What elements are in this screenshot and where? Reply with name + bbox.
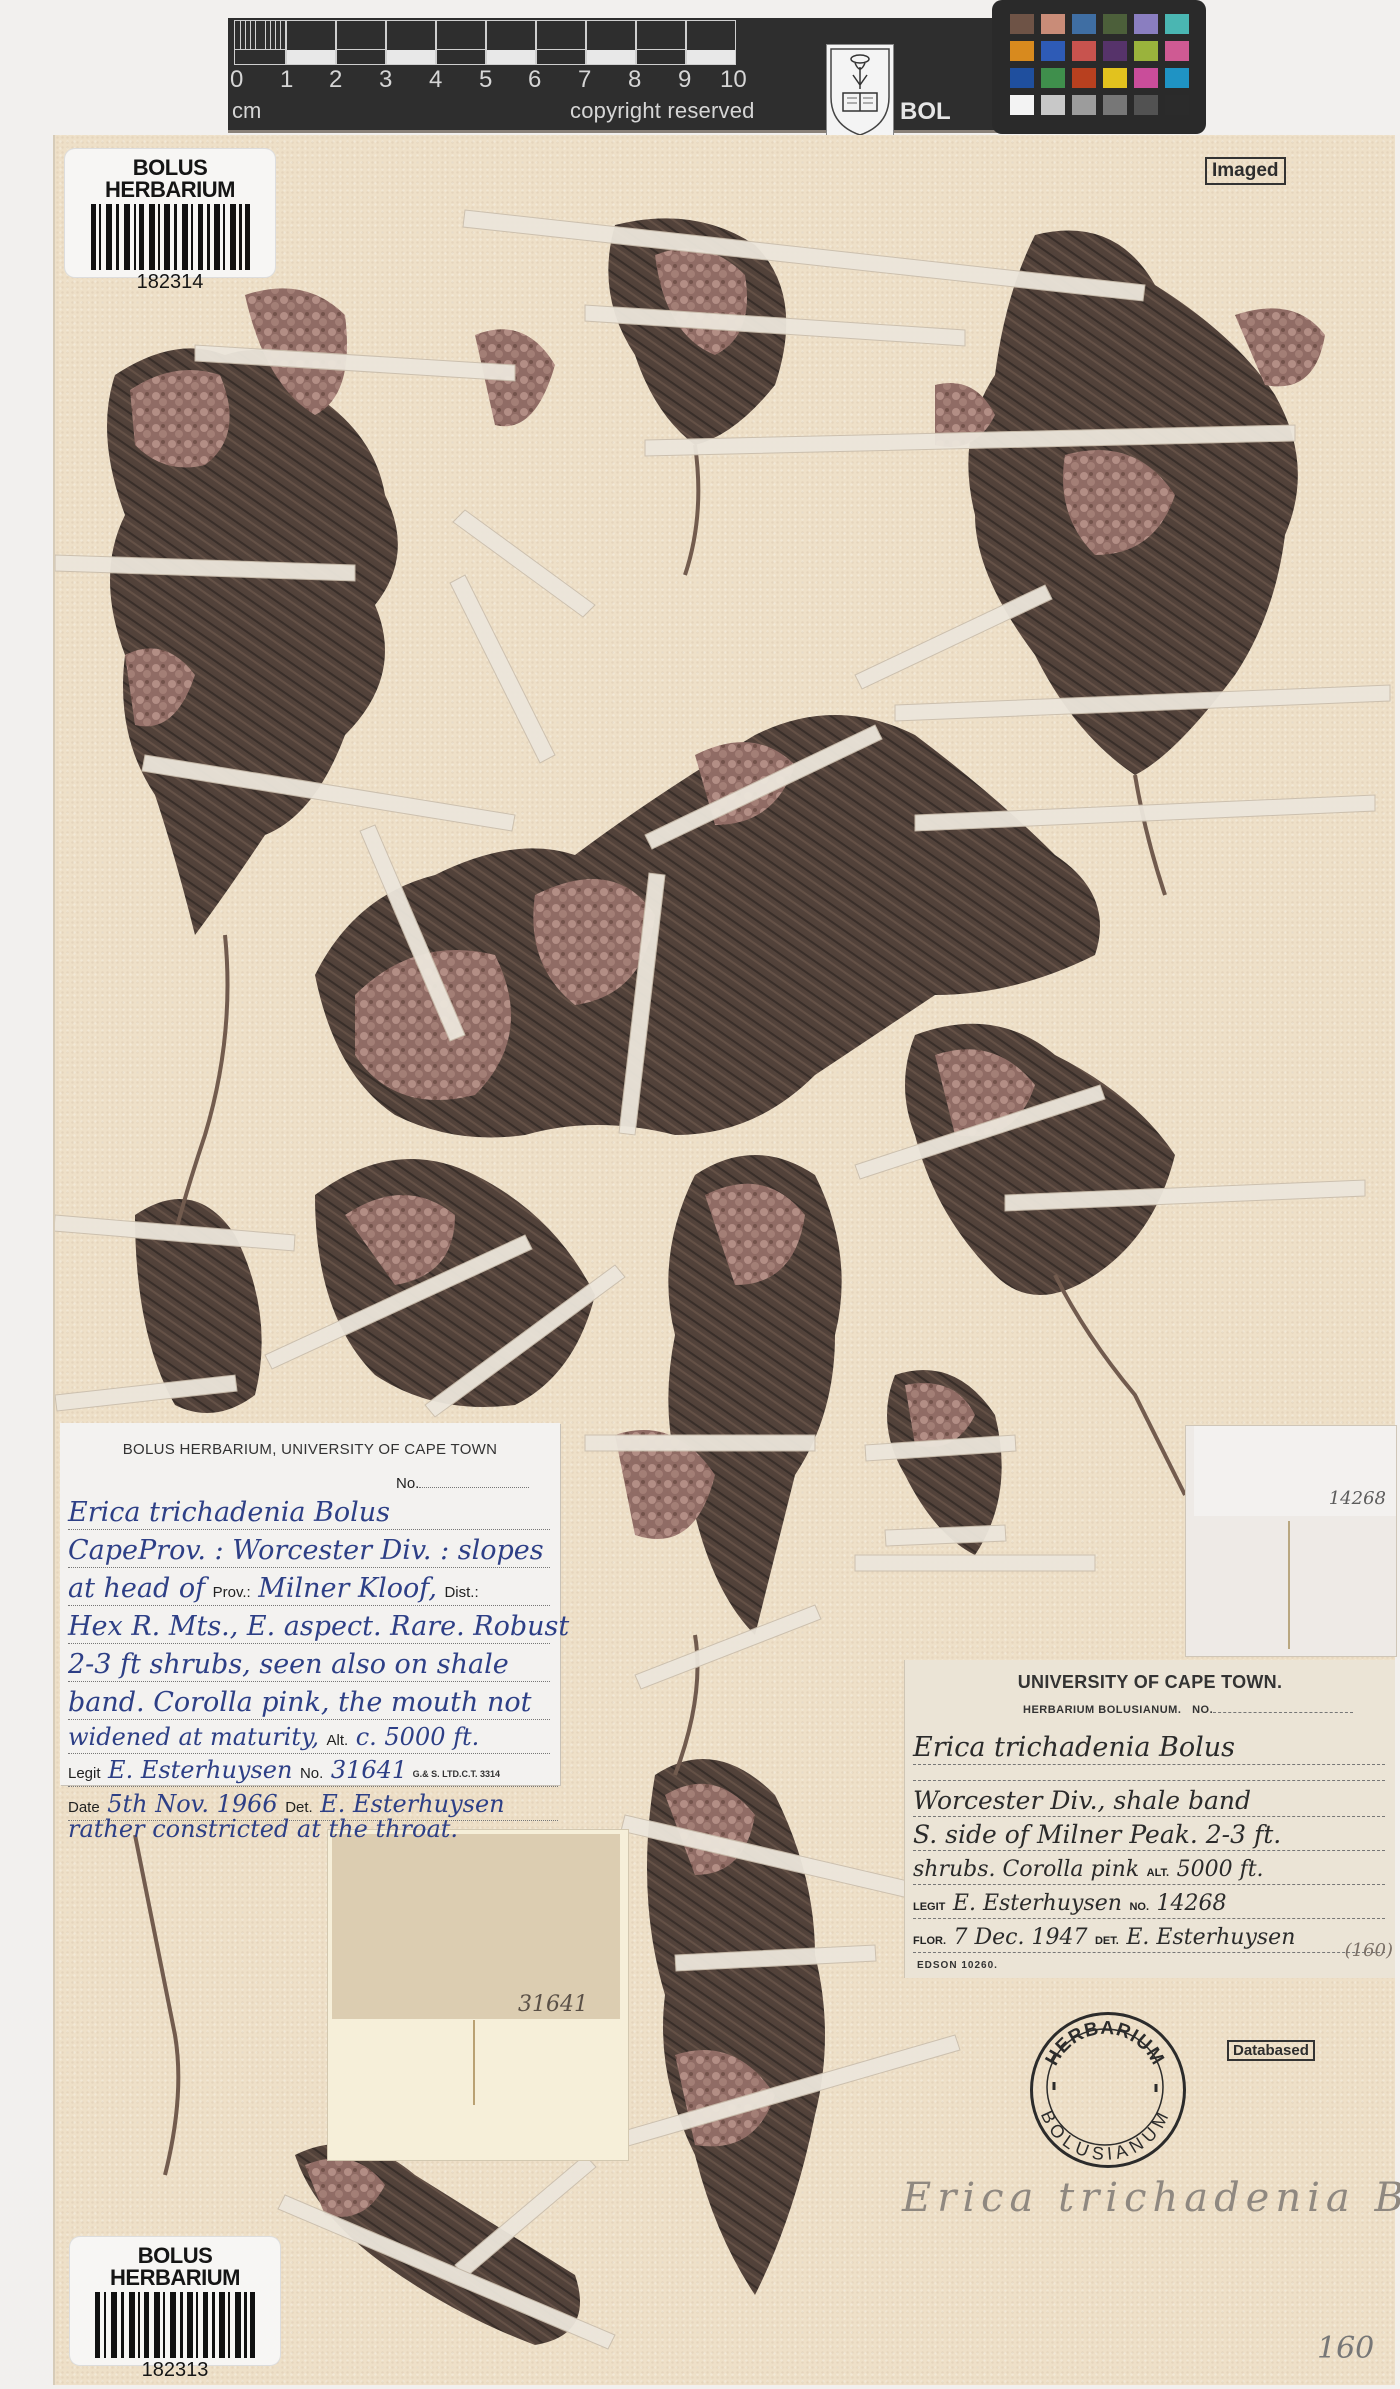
label-header: UNIVERSITY OF CAPE TOWN. (905, 1672, 1395, 1693)
collector-name: E. Esterhuysen (953, 1891, 1122, 1916)
color-patch (1165, 68, 1189, 88)
dist-caption: Dist.: (444, 1584, 478, 1601)
herbarium-bolusianum-stamp: HERBARIUM BOLUSIANUM (1030, 2012, 1186, 2168)
sheet-number: 160 (1317, 2331, 1374, 2366)
herbarium-sheet: BOLUS HERBARIUM 182314 Imaged 14268 BOLU… (55, 135, 1395, 2385)
color-patch (1103, 41, 1127, 61)
color-patch (1072, 68, 1096, 88)
label-header: BOLUS HERBARIUM, UNIVERSITY OF CAPE TOWN (60, 1441, 560, 1458)
determiner-name: E. Esterhuysen (1126, 1925, 1295, 1950)
color-patch (1103, 95, 1127, 115)
scale-tick-1: 1 (280, 66, 293, 94)
label-subheader-text: HERBARIUM BOLUSIANUM. (1023, 1704, 1181, 1716)
legit-caption: LEGIT (913, 1901, 945, 1913)
institution-code: BOL (900, 98, 951, 126)
alt-caption: Alt. (327, 1732, 349, 1749)
packet-seam (1288, 1521, 1290, 1649)
locality-text: S. side of Milner Peak. 2-3 ft. (913, 1820, 1281, 1849)
det-caption: DET. (1095, 1935, 1119, 1947)
barcode-label-bottom: BOLUS HERBARIUM 182313 (70, 2237, 280, 2365)
scale-tick-2: 2 (329, 66, 342, 94)
barcode-number: 182313 (70, 2359, 280, 2382)
barcode-label-title: BOLUS HERBARIUM (70, 2245, 280, 2289)
color-checker-grid (1010, 14, 1189, 115)
label-line-legit: Legit E. Esterhuysen No. 31641 (68, 1752, 558, 1787)
label-line-locality-2: at head of Prov.: Milner Kloof, Dist.: (68, 1567, 550, 1606)
collector-number: 31641 (331, 1756, 407, 1784)
collector-number-caption: No. (300, 1765, 323, 1782)
label-line-altitude: shrubs. Corolla pink ALT. 5000 ft. (913, 1850, 1385, 1885)
flor-caption: FLOR. (913, 1935, 946, 1947)
altitude-value: 5000 ft. (1177, 1857, 1264, 1882)
color-patch (1165, 14, 1189, 34)
copyright-notice: copyright reserved (570, 98, 755, 124)
scale-tick-9: 9 (678, 66, 691, 94)
plant-specimen-image (55, 135, 1395, 2385)
scale-ruler (234, 20, 734, 65)
databased-stamp: Databased (1227, 2040, 1315, 2061)
collector-number-caption: NO. (1129, 1901, 1149, 1913)
habitat-text: Hex R. Mts., E. aspect. Rare. Robust (68, 1611, 569, 1642)
scale-bar: 0 1 2 3 4 5 6 7 8 9 10 cm copyright rese… (228, 18, 1018, 133)
scale-unit: cm (232, 98, 261, 124)
barcode-label-title: BOLUS HERBARIUM (65, 157, 275, 201)
collector-number: 14268 (1157, 1891, 1227, 1916)
color-patch (1134, 95, 1158, 115)
color-patch (1041, 14, 1065, 34)
label-line-note: rather constricted at the throat. (68, 1814, 558, 1844)
label-line-habitat-1: Hex R. Mts., E. aspect. Rare. Robust (68, 1605, 550, 1644)
color-patch (1165, 41, 1189, 61)
color-patch (1134, 14, 1158, 34)
habitat-text: shrubs. Corolla pink (913, 1857, 1139, 1882)
color-patch (1010, 68, 1034, 88)
locality-text: Milner Kloof, (258, 1573, 437, 1604)
alt-caption: ALT. (1147, 1867, 1169, 1879)
locality-text: at head of (68, 1573, 205, 1604)
label-number-field: No. (396, 1475, 529, 1492)
scale-tick-0: 0 (230, 66, 243, 94)
scale-tick-7: 7 (578, 66, 591, 94)
label-line-date: FLOR. 7 Dec. 1947 DET. E. Esterhuysen (913, 1918, 1385, 1953)
fragment-packet-right: 14268 (1185, 1425, 1397, 1657)
habitat-text: band. Corolla pink, the mouth not (68, 1687, 531, 1718)
packet-number: 14268 (1329, 1488, 1386, 1509)
packet-seam (473, 2020, 475, 2105)
scale-tick-5: 5 (479, 66, 492, 94)
habitat-text: rather constricted at the throat. (68, 1815, 458, 1843)
label-reference-number: (160) (1345, 1940, 1393, 1961)
imaged-stamp: Imaged (1205, 157, 1286, 185)
label-line-legit: LEGIT E. Esterhuysen NO. 14268 (913, 1884, 1385, 1919)
collection-date: 7 Dec. 1947 (954, 1925, 1088, 1950)
color-patch (1134, 68, 1158, 88)
svg-text:HERBARIUM: HERBARIUM (1042, 2018, 1169, 2070)
color-patch (1010, 95, 1034, 115)
barcode-label-top: BOLUS HERBARIUM 182314 (65, 149, 275, 277)
collection-label-1966: BOLUS HERBARIUM, UNIVERSITY OF CAPE TOWN… (60, 1423, 560, 1785)
scale-tick-4: 4 (429, 66, 442, 94)
color-patch (1103, 68, 1127, 88)
color-patch (1041, 41, 1065, 61)
color-checker-card (992, 0, 1206, 134)
university-crest-icon (826, 44, 894, 138)
locality-text: Worcester Div., shale band (913, 1786, 1251, 1815)
label-number-caption: No. (396, 1475, 419, 1492)
svg-text:BOLUSIANUM: BOLUSIANUM (1037, 2107, 1173, 2162)
stamp-top-text: HERBARIUM (1042, 2018, 1169, 2070)
barcode-icon (80, 204, 260, 270)
label-subheader: HERBARIUM BOLUSIANUM. NO. (1023, 1704, 1353, 1716)
label-line-habitat-3: band. Corolla pink, the mouth not (68, 1681, 550, 1720)
color-patch (1010, 41, 1034, 61)
label-line-habitat-2: 2-3 ft shrubs, seen also on shale (68, 1643, 550, 1682)
scale-tick-3: 3 (379, 66, 392, 94)
label-number-caption: NO. (1192, 1704, 1213, 1716)
stamp-ring-icon: HERBARIUM BOLUSIANUM (1030, 2012, 1180, 2162)
scale-tick-6: 6 (528, 66, 541, 94)
color-patch (1041, 68, 1065, 88)
label-line-locality-1: Worcester Div., shale band (913, 1782, 1385, 1817)
label-line-locality-1: CapeProv. : Worcester Div. : slopes (68, 1529, 550, 1568)
label-printer-mark: EDSON 10260. (917, 1960, 998, 1971)
color-patch (1103, 14, 1127, 34)
label-line-blank (913, 1756, 1385, 1781)
stamp-bottom-text: BOLUSIANUM (1037, 2107, 1173, 2162)
scale-tick-8: 8 (628, 66, 641, 94)
prov-caption: Prov.: (213, 1584, 251, 1601)
color-patch (1072, 14, 1096, 34)
collector-name: E. Esterhuysen (108, 1756, 292, 1784)
legit-caption: Legit (68, 1765, 101, 1782)
color-patch (1134, 41, 1158, 61)
habitat-text: widened at maturity, (68, 1723, 319, 1751)
determination-note: Erica trichadenia Bolus (902, 2175, 1400, 2221)
label-line-locality-2: S. side of Milner Peak. 2-3 ft. (913, 1816, 1385, 1851)
color-patch (1165, 95, 1189, 115)
barcode-number: 182314 (65, 271, 275, 294)
altitude-value: c. 5000 ft. (356, 1723, 480, 1751)
color-patch (1041, 95, 1065, 115)
color-patch (1010, 14, 1034, 34)
packet-number: 31641 (518, 1992, 588, 2017)
collection-label-1966-lower: Legit E. Esterhuysen No. 31641 Date 5th … (68, 1758, 558, 1888)
label-line-taxon: Erica trichadenia Bolus (68, 1491, 550, 1530)
color-patch (1072, 95, 1096, 115)
taxon-name: Erica trichadenia Bolus (68, 1497, 390, 1528)
scale-tick-10: 10 (720, 66, 747, 94)
locality-text: CapeProv. : Worcester Div. : slopes (68, 1535, 544, 1566)
barcode-icon (85, 2292, 265, 2358)
collection-label-1947: UNIVERSITY OF CAPE TOWN. HERBARIUM BOLUS… (905, 1660, 1395, 1978)
habitat-text: 2-3 ft shrubs, seen also on shale (68, 1649, 509, 1680)
color-patch (1072, 41, 1096, 61)
